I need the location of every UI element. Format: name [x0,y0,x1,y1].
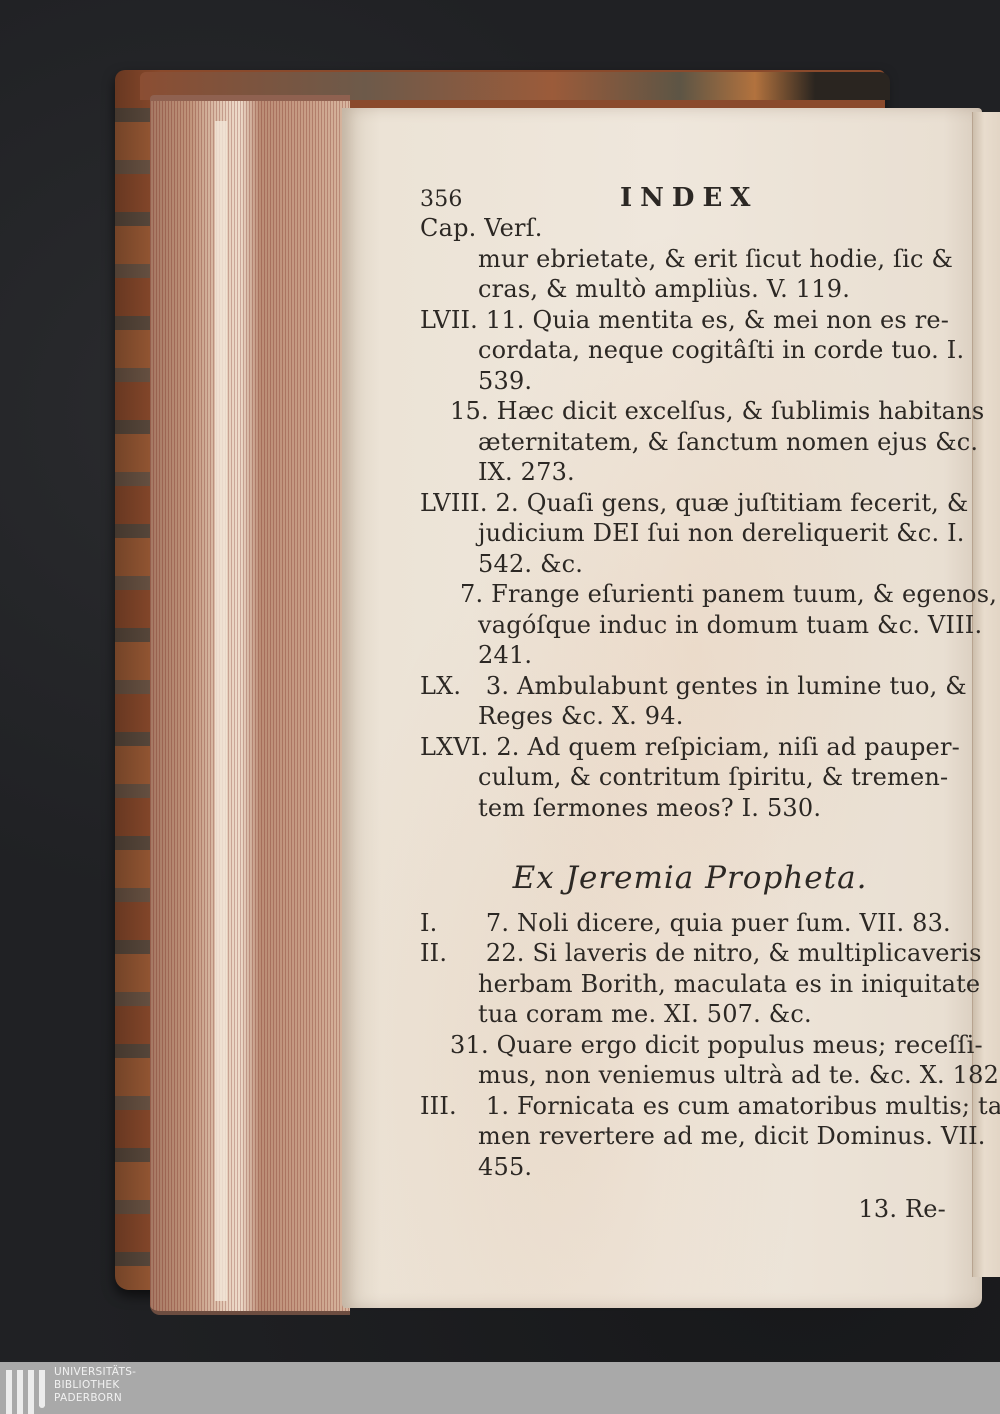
section-title: Ex Jeremia Propheta. [420,863,980,894]
entry-text: Quaſi gens, quæ juſtitiam fecerit, & [527,489,969,517]
index-entry: LVII. 11. Quia mentita es, & mei non es … [420,305,980,397]
index-entry: II. 22. Si laveris de nitro, & multiplic… [420,938,980,1030]
chapter-number: LXVI. [420,732,488,763]
entry-continuation-line: æternitatem, & ſanctum nomen ejus &c. [420,427,980,458]
verse-number: 22. [486,939,525,967]
chapter-number: LVIII. [420,488,488,519]
verse-number: 7. [460,580,483,608]
verse-number: 15. [450,397,489,425]
library-logo-dot [39,1402,45,1408]
entry-continuation-line: cras, & multò ampliùs. V. 119. [420,274,980,305]
index-entry: I. 7. Noli dicere, quia puer ſum. VII. 8… [420,908,980,939]
running-head: 356 INDEX [420,183,980,215]
entry-text: Frange eſurienti panem tuum, & egenos, [491,580,997,608]
entry-continuation-line: 542. &c. [420,549,980,580]
entry-continuation-line: tem ſermones meos? I. 530. [420,793,980,824]
entry-first-line: LXVI. 2. Ad quem reſpiciam, niſi ad paup… [420,732,980,763]
entry-text: Hæc dicit excelſus, & ſublimis habitans [497,397,985,425]
verse-number: 2. [496,733,519,761]
entry-continuation-line: IX. 273. [420,457,980,488]
verse-number: 2. [496,489,519,517]
entry-first-line: 7. Frange eſurienti panem tuum, & egenos… [420,579,980,610]
index-entry: 7. Frange eſurienti panem tuum, & egenos… [420,579,980,671]
entry-first-line: I. 7. Noli dicere, quia puer ſum. VII. 8… [420,908,980,939]
library-name-line-1: UNIVERSITÄTS- [54,1366,136,1379]
entry-continuation-line: herbam Borith, maculata es in iniquitate [420,969,980,1000]
index-entries-jeremia: I. 7. Noli dicere, quia puer ſum. VII. 8… [420,908,980,1183]
catchword: 13. Re- [420,1194,980,1225]
chapter-number: II. [420,938,478,969]
verse-number: 3. [486,672,509,700]
verse-number: 31. [450,1031,489,1059]
entry-continuation-line: culum, & contritum ſpiritu, & tremen- [420,762,980,793]
chapter-number: LVII. [420,305,478,336]
verse-number: 11. [486,306,525,334]
entry-continuation-line: mus, non veniemus ultrà ad te. &c. X. 18… [420,1060,980,1091]
library-name-line-3: PADERBORN [54,1392,136,1405]
entry-text: Quia mentita es, & mei non es re- [532,306,949,334]
entry-text: Quare ergo dicit populus meus; receſſi- [497,1031,983,1059]
column-header: Cap. Verſ. [420,213,980,244]
entry-continuation-line: judicium DEI ſui non dereliquerit &c. I. [420,518,980,549]
library-name: UNIVERSITÄTS- BIBLIOTHEK PADERBORN [54,1366,136,1405]
verse-number: 1. [486,1092,509,1120]
index-entry: III. 1. Fornicata es cum amatoribus mult… [420,1091,980,1183]
page-number: 356 [420,185,463,216]
entry-continuation-line: 455. [420,1152,980,1183]
entry-continuation-line: Reges &c. X. 94. [420,701,980,732]
library-footer: UNIVERSITÄTS- BIBLIOTHEK PADERBORN [0,1362,1000,1414]
chapter-number: LX. [420,671,478,702]
entry-text: Ambulabunt gentes in lumine tuo, & [517,672,967,700]
entry-first-line: LX. 3. Ambulabunt gentes in lumine tuo, … [420,671,980,702]
entry-text: Si laveris de nitro, & multiplicaveris [532,939,981,967]
index-entry: mur ebrietate, & erit ſicut hodie, ſic &… [420,244,980,305]
index-entry: LXVI. 2. Ad quem reſpiciam, niſi ad paup… [420,732,980,824]
entry-continuation-line: vagóſque induc in domum tuam &c. VIII. [420,610,980,641]
entry-first-line: III. 1. Fornicata es cum amatoribus mult… [420,1091,980,1122]
chapter-number: III. [420,1091,478,1122]
entry-first-line: 15. Hæc dicit excelſus, & ſublimis habit… [420,396,980,427]
index-entry: 15. Hæc dicit excelſus, & ſublimis habit… [420,396,980,488]
entry-continuation-line: cordata, neque cogitâſti in corde tuo. I… [420,335,980,366]
entry-text: Ad quem reſpiciam, niſi ad pauper- [527,733,959,761]
entry-text: Noli dicere, quia puer ſum. VII. 83. [517,909,951,937]
running-head-title: INDEX [620,183,758,214]
index-entry: LX. 3. Ambulabunt gentes in lumine tuo, … [420,671,980,732]
verse-number: 7. [486,909,509,937]
entry-continuation-line: men revertere ad me, dicit Dominus. VII. [420,1121,980,1152]
entry-continuation-line: tua coram me. XI. 507. &c. [420,999,980,1030]
index-entry: 31. Quare ergo dicit populus meus; receſ… [420,1030,980,1091]
index-entries: mur ebrietate, & erit ſicut hodie, ſic &… [420,244,980,824]
index-entry: LVIII. 2. Quaſi gens, quæ juſtitiam fece… [420,488,980,580]
entry-first-line: 31. Quare ergo dicit populus meus; receſ… [420,1030,980,1061]
library-name-line-2: BIBLIOTHEK [54,1379,136,1392]
chapter-number: I. [420,908,478,939]
entry-first-line: LVIII. 2. Quaſi gens, quæ juſtitiam fece… [420,488,980,519]
entry-first-line: LVII. 11. Quia mentita es, & mei non es … [420,305,980,336]
entry-first-line: II. 22. Si laveris de nitro, & multiplic… [420,938,980,969]
page-text: 356 INDEX Cap. Verſ. mur ebrietate, & er… [420,183,980,1225]
entry-continuation-line: 539. [420,366,980,397]
entry-continuation-line: mur ebrietate, & erit ſicut hodie, ſic & [420,244,980,275]
entry-continuation-line: 241. [420,640,980,671]
text-block-edges [150,95,350,1315]
entry-text: Fornicata es cum amatoribus multis; ta- [517,1092,1000,1120]
